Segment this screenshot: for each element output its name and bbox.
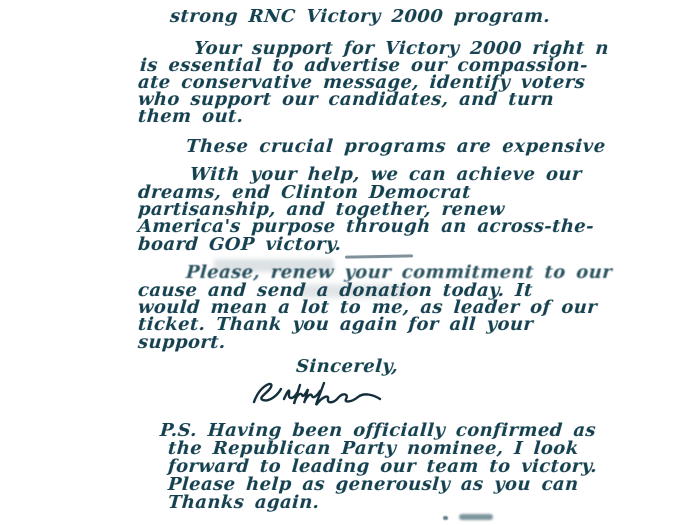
scan-smudge-dot — [443, 516, 448, 520]
scan-smudge-streak — [345, 254, 413, 258]
scan-smudge-cloud — [214, 259, 334, 272]
scan-smudge-cloud — [300, 284, 415, 298]
handwritten-line: board GOP victory. — [137, 235, 342, 255]
signature — [244, 376, 389, 412]
handwritten-line: These crucial programs are expensive — [185, 137, 606, 157]
scan-smudge-streak — [459, 514, 493, 520]
signature-scrawl-icon — [244, 376, 389, 412]
closing-line: Sincerely, — [295, 357, 399, 377]
letter-page: strong RNC Victory 2000 program. Your su… — [0, 0, 700, 525]
handwritten-line: strong RNC Victory 2000 program. — [169, 7, 551, 27]
handwritten-line: support. — [137, 333, 226, 353]
handwritten-line: them out. — [137, 107, 244, 127]
ps-line: Thanks again. — [167, 493, 320, 513]
